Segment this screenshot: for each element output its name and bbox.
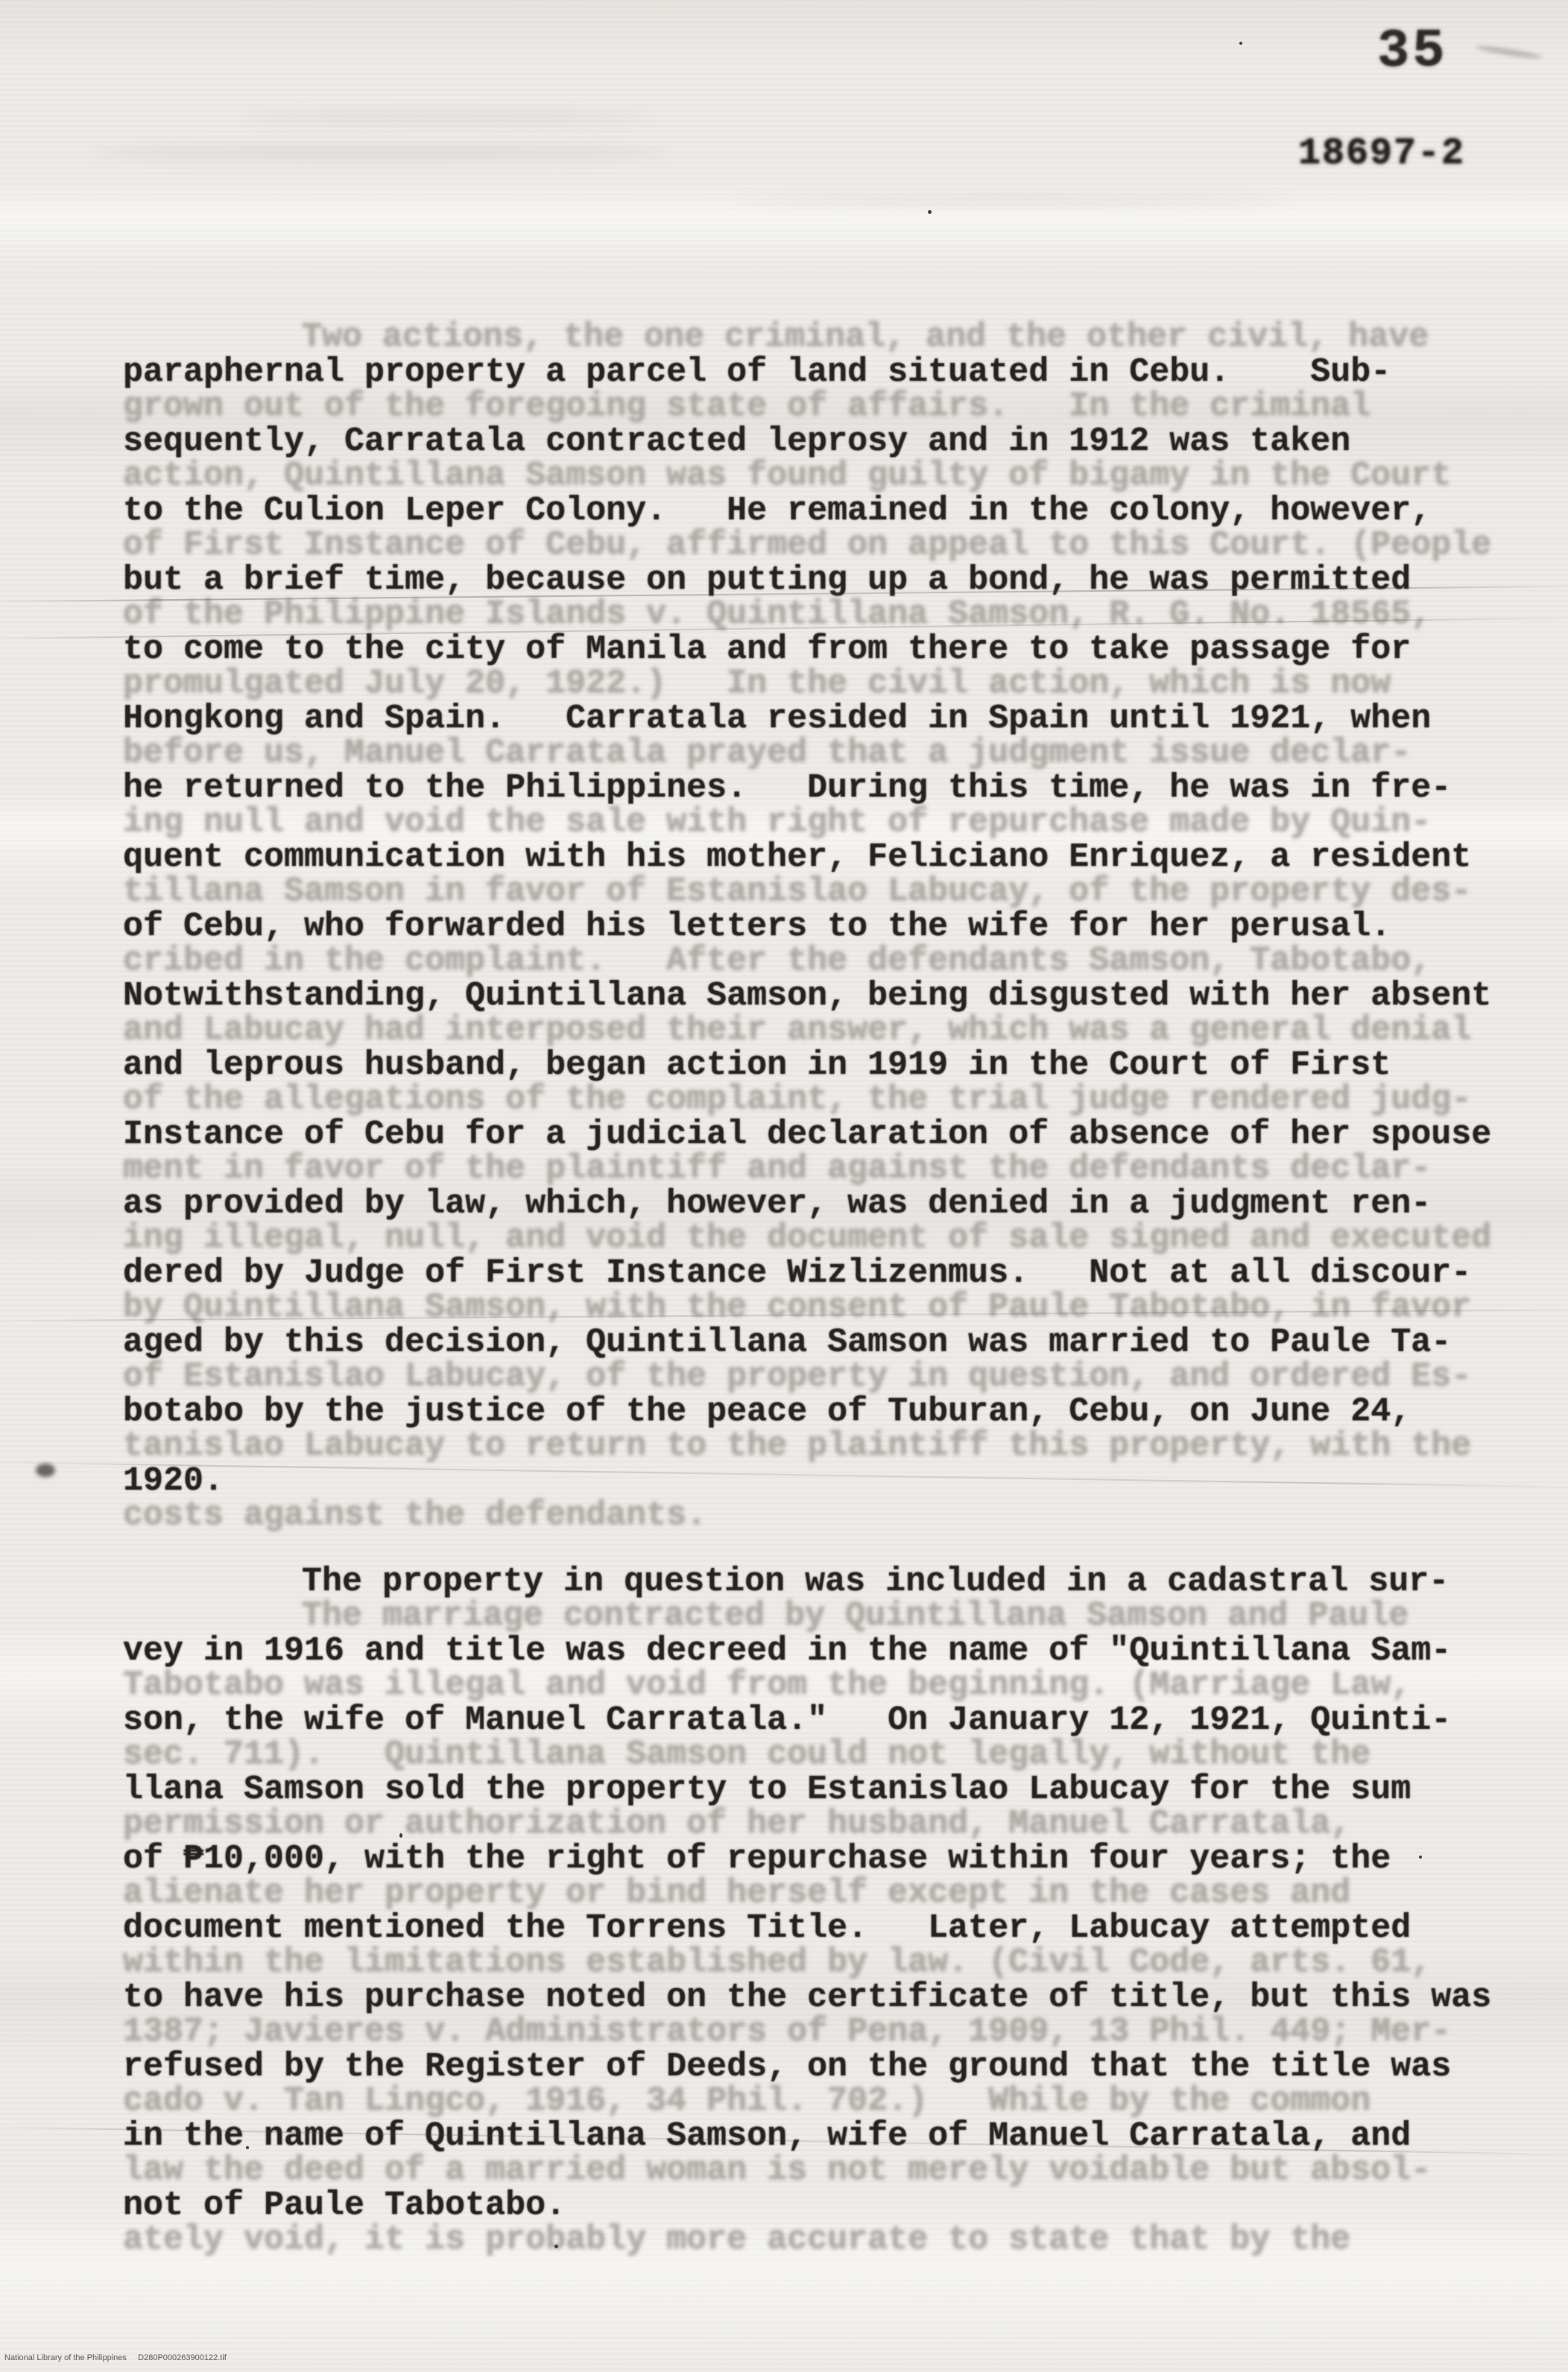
ink-blot [36, 1464, 55, 1477]
text-line: 1920. [123, 1464, 1524, 1499]
text-line: dered by Judge of First Instance Wizlize… [123, 1256, 1524, 1291]
text-line: not of Paule Tabotabo. [123, 2189, 1524, 2224]
dust-speck [928, 210, 932, 214]
ink-smudge [238, 112, 656, 124]
text-line: The property in question was included in… [123, 1565, 1524, 1600]
ghost-text-line: permission or authorization of her husba… [123, 1807, 1524, 1842]
ghost-text-line: Two actions, the one criminal, and the o… [123, 320, 1524, 355]
text-line: of Cebu, who forwarded his letters to th… [123, 910, 1524, 945]
text-line: paraphernal property a parcel of land si… [123, 355, 1524, 390]
text-line: document mentioned the Torrens Title. La… [123, 1911, 1524, 1946]
ghost-text-line: of Estanislao Labucay, of the property i… [123, 1360, 1524, 1395]
ghost-text-line: 1387; Javieres v. Administrators of Pena… [123, 2015, 1524, 2050]
ghost-text-line: and Labucay had interposed their answer,… [123, 1013, 1524, 1049]
ghost-text-line: tillana Samson in favor of Estanislao La… [123, 875, 1524, 910]
ghost-text-line: by Quintillana Samson, with the consent … [123, 1291, 1524, 1326]
ghost-text-line: ing illegal, null, and void the document… [123, 1221, 1524, 1256]
ghost-text-line: grown out of the foregoing state of affa… [123, 390, 1524, 425]
text-line: as provided by law, which, however, was … [123, 1187, 1524, 1222]
text-line: to the Culion Leper Colony. He remained … [123, 494, 1524, 529]
text-line: to come to the city of Manila and from t… [123, 633, 1524, 668]
ghost-text-line: cado v. Tan Lingco, 1916, 34 Phil. 702.)… [123, 2084, 1524, 2119]
text-line: sequently, Carratala contracted leprosy … [123, 425, 1524, 460]
text-line: quent communication with his mother, Fel… [123, 841, 1524, 876]
text-line: son, the wife of Manuel Carratala." On J… [123, 1704, 1524, 1739]
text-line: aged by this decision, Quintillana Samso… [123, 1326, 1524, 1361]
text-line: vey in 1916 and title was decreed in the… [123, 1634, 1524, 1669]
text-line: Hongkong and Spain. Carratala resided in… [123, 702, 1524, 737]
text-line: he returned to the Philippines. During t… [123, 771, 1524, 806]
ink-smudge [730, 195, 1297, 206]
text-line: Instance of Cebu for a judicial declarat… [123, 1118, 1524, 1153]
ghost-text-line: ately void, it is probably more accurate… [123, 2223, 1524, 2258]
ghost-text-line: action, Quintillana Samson was found gui… [123, 459, 1524, 494]
ghost-text-line: of the Philippine Islands v. Quintillana… [123, 598, 1524, 633]
ghost-text-line: Tabotabo was illegal and void from the b… [123, 1669, 1524, 1704]
text-line: and leprous husband, began action in 191… [123, 1049, 1524, 1084]
text-line: in the name of Quintillana Samson, wife … [123, 2119, 1524, 2154]
scanned-document-page: 35 18697-2 Two actions, the one criminal… [0, 0, 1568, 2372]
text-line: of ₱10,000, with the right of repurchase… [123, 1842, 1524, 1877]
text-line: Notwithstanding, Quintillana Samson, bei… [123, 979, 1524, 1014]
ghost-text-line: ing null and void the sale with right of… [123, 806, 1524, 841]
typewritten-text-block: Two actions, the one criminal, and the o… [123, 320, 1524, 2258]
ghost-text-line: within the limitations established by la… [123, 1946, 1524, 1981]
ink-smudge [89, 146, 671, 159]
ghost-text-line: tanislao Labucay to return to the plaint… [123, 1429, 1524, 1464]
paragraph: The property in question was included in… [123, 1565, 1524, 2258]
text-line: to have his purchase noted on the certif… [123, 1981, 1524, 2016]
text-line: refused by the Register of Deeds, on the… [123, 2050, 1524, 2085]
ghost-text-line: law the deed of a married woman is not m… [123, 2154, 1524, 2189]
ghost-text-line: alienate her property or bind herself ex… [123, 1876, 1524, 1911]
text-line: llana Samson sold the property to Estani… [123, 1773, 1524, 1808]
ghost-text-line: costs against the defendants. [123, 1499, 1524, 1534]
ghost-text-line: of the allegations of the complaint, the… [123, 1083, 1524, 1118]
ghost-text-line: of First Instance of Cebu, affirmed on a… [123, 528, 1524, 563]
ghost-text-line: promulgated July 20, 1922.) In the civil… [123, 667, 1524, 702]
ghost-text-line: sec. 711). Quintillana Samson could not … [123, 1738, 1524, 1773]
library-footer: National Library of the Philippines D280… [4, 2353, 227, 2362]
dust-speck [1239, 42, 1242, 45]
case-number-stamp: 18697-2 [1298, 133, 1465, 175]
ghost-text-line: The marriage contracted by Quintillana S… [123, 1599, 1524, 1634]
ghost-text-line: ment in favor of the plaintiff and again… [123, 1152, 1524, 1187]
page-number: 35 [1377, 21, 1489, 82]
ghost-text-line: cribed in the complaint. After the defen… [123, 944, 1524, 979]
paragraph: Two actions, the one criminal, and the o… [123, 320, 1524, 1534]
text-line: botabo by the justice of the peace of Tu… [123, 1395, 1524, 1430]
ghost-text-line: before us, Manuel Carratala prayed that … [123, 736, 1524, 771]
text-line: but a brief time, because on putting up … [123, 563, 1524, 598]
